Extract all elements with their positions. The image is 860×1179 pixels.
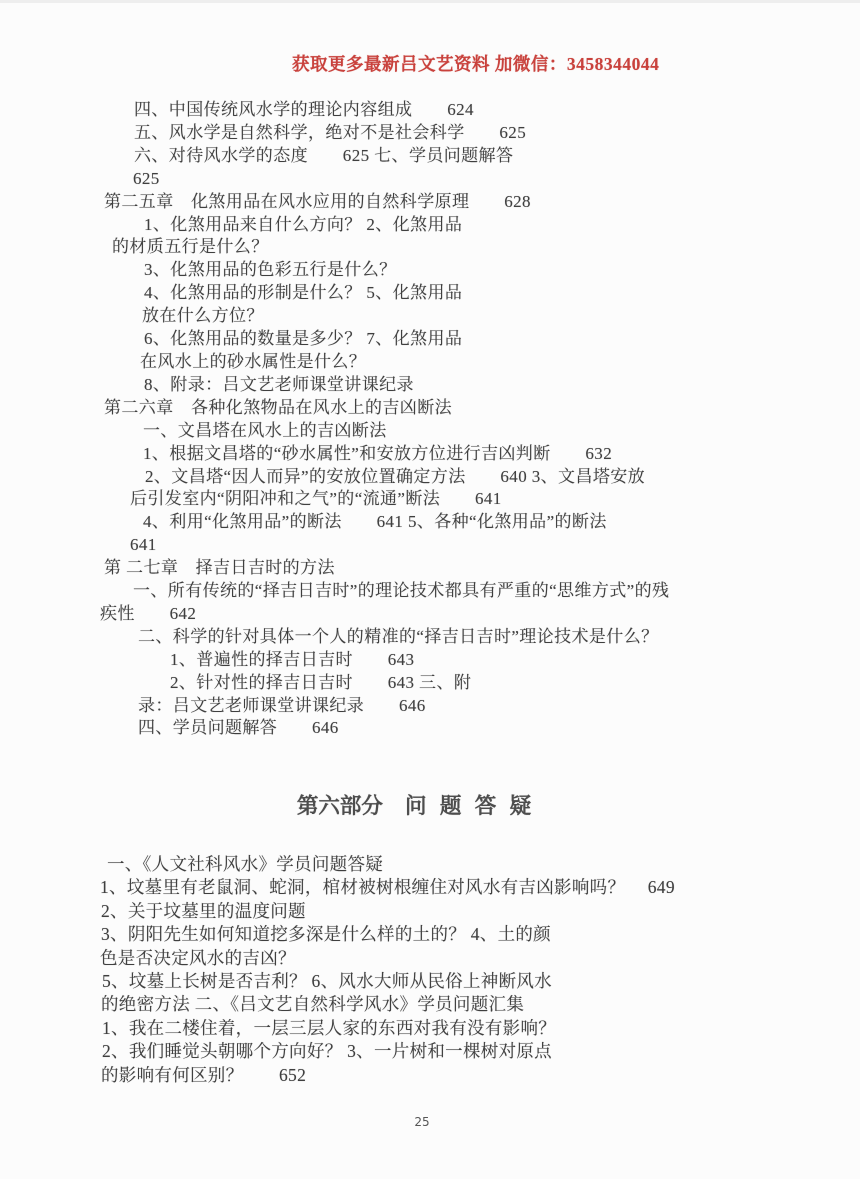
qa-line: 色是否决定风水的吉凶？ bbox=[0, 947, 860, 970]
qa-line: 3、阴阳先生如何知道挖多深是什么样的土的？ 4、土的颜 bbox=[0, 923, 860, 946]
promo-banner: 获取更多最新吕文艺资料 加微信：3458344044 bbox=[292, 51, 659, 76]
qa-line: 5、坟墓上长树是否吉利？ 6、风水大师从民俗上神断风水 bbox=[0, 970, 860, 993]
toc-line: 一、所有传统的“择吉日吉时”的理论技术都具有严重的“思维方式”的残 bbox=[0, 580, 860, 603]
qa-line: 1、我在二楼住着，一层三层人家的东西对我有没有影响？ bbox=[0, 1017, 860, 1040]
toc-line: 3、化煞用品的色彩五行是什么？ bbox=[0, 259, 860, 282]
toc-line: 二、科学的针对具体一个人的精准的“择吉日吉时”理论技术是什么？ bbox=[0, 626, 860, 649]
toc-line: 的材质五行是什么？ bbox=[0, 236, 860, 259]
toc-line: 在风水上的砂水属性是什么？ bbox=[0, 351, 860, 374]
toc-line: 四、中国传统风水学的理论内容组成 624 bbox=[0, 99, 860, 122]
qa-line: 1、坟墓里有老鼠洞、蛇洞，棺材被树根缠住对风水有吉凶影响吗？ 649 bbox=[0, 876, 860, 899]
toc-line: 2、文昌塔“因人而异”的安放位置确定方法 640 3、文昌塔安放 bbox=[0, 466, 860, 489]
toc-line: 1、普遍性的择吉日吉时 643 bbox=[0, 649, 860, 672]
toc-line: 录：吕文艺老师课堂讲课纪录 646 bbox=[0, 695, 860, 718]
toc-line: 放在什么方位？ bbox=[0, 305, 860, 328]
section-heading-title: 问 题 答 疑 bbox=[405, 794, 535, 818]
toc-line: 五、风水学是自然科学，绝对不是社会科学 625 bbox=[0, 122, 860, 145]
toc-line: 后引发室内“阴阳冲和之气”的“流通”断法 641 bbox=[0, 488, 860, 511]
toc-line: 一、文昌塔在风水上的吉凶断法 bbox=[0, 420, 860, 443]
qa-block: 一、《人文社科风水》学员问题答疑1、坟墓里有老鼠洞、蛇洞，棺材被树根缠住对风水有… bbox=[0, 853, 860, 1087]
toc-line: 4、利用“化煞用品”的断法 641 5、各种“化煞用品”的断法 bbox=[0, 511, 860, 534]
toc-line: 625 bbox=[0, 168, 860, 191]
toc-line: 第二五章 化煞用品在风水应用的自然科学原理 628 bbox=[0, 191, 860, 214]
scan-top-edge bbox=[0, 0, 860, 3]
toc-line: 641 bbox=[0, 534, 860, 557]
section-heading: 第六部分问 题 答 疑 bbox=[0, 789, 860, 820]
toc-line: 1、根据文昌塔的“砂水属性”和安放方位进行吉凶判断 632 bbox=[0, 443, 860, 466]
toc-line: 6、化煞用品的数量是多少？ 7、化煞用品 bbox=[0, 328, 860, 351]
toc-line: 1、化煞用品来自什么方向？ 2、化煞用品 bbox=[0, 214, 860, 237]
qa-line: 的影响有何区别？ 652 bbox=[0, 1064, 860, 1087]
qa-line: 的绝密方法 二、《吕文艺自然科学风水》学员问题汇集 bbox=[0, 993, 860, 1016]
qa-line: 2、我们睡觉头朝哪个方向好？ 3、一片树和一棵树对原点 bbox=[0, 1040, 860, 1063]
toc-line: 第二六章 各种化煞物品在风水上的吉凶断法 bbox=[0, 397, 860, 420]
page-number: 25 bbox=[0, 1115, 860, 1129]
toc-line: 第 二七章 择吉日吉时的方法 bbox=[0, 557, 860, 580]
toc-line: 四、学员问题解答 646 bbox=[0, 717, 860, 740]
toc-line: 2、针对性的择吉日吉时 643 三、附 bbox=[0, 672, 860, 695]
section-heading-part-label: 第六部分 bbox=[297, 794, 383, 818]
toc-line: 六、对待风水学的态度 625 七、学员问题解答 bbox=[0, 145, 860, 168]
qa-line: 2、关于坟墓里的温度问题 bbox=[0, 900, 860, 923]
toc-line: 4、化煞用品的形制是什么？ 5、化煞用品 bbox=[0, 282, 860, 305]
toc-line: 8、附录：吕文艺老师课堂讲课纪录 bbox=[0, 374, 860, 397]
toc-block: 四、中国传统风水学的理论内容组成 624五、风水学是自然科学，绝对不是社会科学 … bbox=[0, 99, 860, 740]
document-page: 获取更多最新吕文艺资料 加微信：3458344044 四、中国传统风水学的理论内… bbox=[0, 0, 860, 1179]
toc-line: 疾性 642 bbox=[0, 603, 860, 626]
qa-line: 一、《人文社科风水》学员问题答疑 bbox=[0, 853, 860, 876]
